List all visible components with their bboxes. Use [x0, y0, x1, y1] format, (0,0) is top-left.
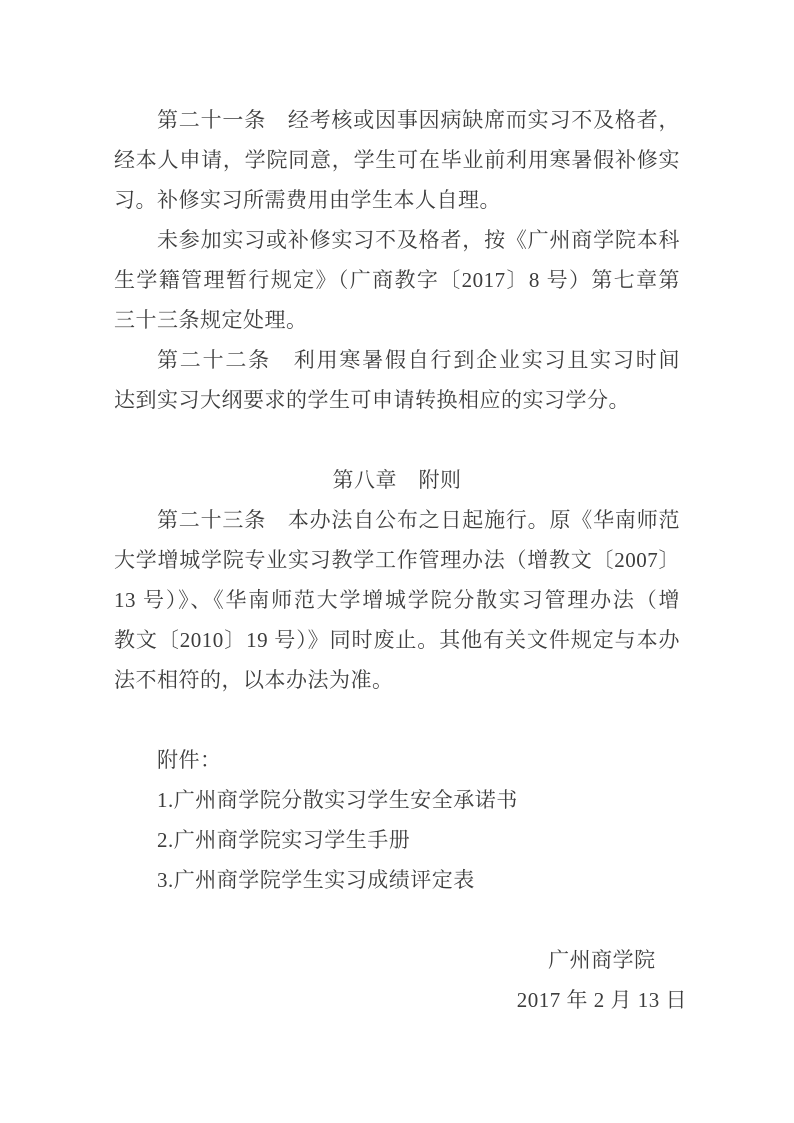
text-line: 生学籍管理暂行规定》（广商教字〔2017〕8 号）第七章第 — [114, 260, 680, 300]
attachment-item-3: 3.广州商学院学生实习成绩评定表 — [114, 860, 680, 900]
document-body: 第二十一条 经考核或因事因病缺席而实习不及格者，经本人申请，学院同意，学生可在毕… — [114, 100, 680, 1020]
attachment-item-1: 1.广州商学院分散实习学生安全承诺书 — [114, 780, 680, 820]
text-line: 1.广州商学院分散实习学生安全承诺书 — [114, 780, 680, 820]
text-line: 三十三条规定处理。 — [114, 300, 680, 340]
text-line: 大学增城学院专业实习教学工作管理办法（增教文〔2007〕 — [114, 540, 680, 580]
text-line: 2.广州商学院实习学生手册 — [114, 820, 680, 860]
article-21: 第二十一条 经考核或因事因病缺席而实习不及格者，经本人申请，学院同意，学生可在毕… — [114, 100, 680, 220]
text-line: 第二十二条 利用寒暑假自行到企业实习且实习时间 — [114, 340, 680, 380]
text-line: 第二十三条 本办法自公布之日起施行。原《华南师范 — [114, 500, 680, 540]
chapter-8-heading: 第八章 附则 — [114, 460, 680, 500]
article-23: 第二十三条 本办法自公布之日起施行。原《华南师范大学增城学院专业实习教学工作管理… — [114, 500, 680, 700]
text-line: 经本人申请，学院同意，学生可在毕业前利用寒暑假补修实 — [114, 140, 680, 180]
text-line: 达到实习大纲要求的学生可申请转换相应的实习学分。 — [114, 380, 680, 420]
attachment-item-2: 2.广州商学院实习学生手册 — [114, 820, 680, 860]
text-line: 附件： — [114, 740, 680, 780]
text-line: 未参加实习或补修实习不及格者，按《广州商学院本科 — [114, 220, 680, 260]
text-line: 第二十一条 经考核或因事因病缺席而实习不及格者， — [114, 100, 680, 140]
signature-issuer: 广州商学院 — [517, 940, 687, 980]
text-line: 习。补修实习所需费用由学生本人自理。 — [114, 180, 680, 220]
text-line: 3.广州商学院学生实习成绩评定表 — [114, 860, 680, 900]
text-line: 法不相符的，以本办法为准。 — [114, 660, 680, 700]
article-22: 第二十二条 利用寒暑假自行到企业实习且实习时间达到实习大纲要求的学生可申请转换相… — [114, 340, 680, 420]
makeup-internship-failure: 未参加实习或补修实习不及格者，按《广州商学院本科生学籍管理暂行规定》（广商教字〔… — [114, 220, 680, 340]
text-line: 13 号）》、《华南师范大学增城学院分散实习管理办法（增 — [114, 580, 680, 620]
signature-date: 2017 年 2 月 13 日 — [517, 980, 687, 1020]
document-page: 第二十一条 经考核或因事因病缺席而实习不及格者，经本人申请，学院同意，学生可在毕… — [0, 0, 794, 1123]
attachments-label: 附件： — [114, 740, 680, 780]
text-line: 教文〔2010〕19 号）》同时废止。其他有关文件规定与本办 — [114, 620, 680, 660]
signature-block: 广州商学院2017 年 2 月 13 日 — [517, 940, 687, 1020]
